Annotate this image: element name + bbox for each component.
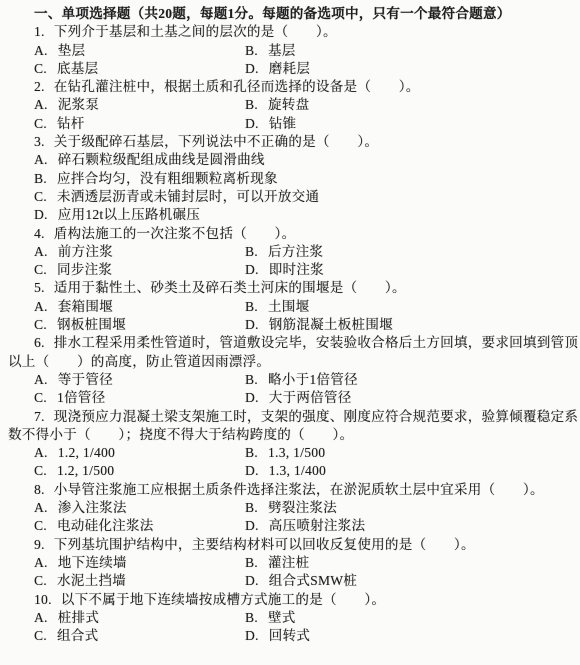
question-stem-text: 以上（ ）的高度，防止管道因雨漂浮。 <box>8 354 270 369</box>
option: A.套箱围堰 <box>34 298 245 316</box>
option-row: C.底基层D.磨耗层 <box>0 60 580 78</box>
option-label: A. <box>34 243 48 261</box>
option-text: 组合式SMW桩 <box>269 573 357 588</box>
option-label: B. <box>245 499 258 517</box>
question-stem-text: 下列介于基层和土基之间的层次的是（ ）。 <box>54 24 337 39</box>
option-label: C. <box>34 316 47 334</box>
option: C.组合式 <box>34 627 245 645</box>
option: A.等于管径 <box>34 371 245 389</box>
option-text: 土围堰 <box>268 299 309 314</box>
option-label: A. <box>34 554 48 572</box>
option: C.同步注浆 <box>34 261 245 279</box>
option: C.1倍管径 <box>34 389 245 407</box>
question-stem-line: 8.小导管注浆施工应根据土质条件选择注浆法，在淤泥质软土层中宜采用（ ）。 <box>0 481 580 499</box>
option-row: A.等于管径B.略小于1倍管径 <box>0 371 580 389</box>
option-text: 壁式 <box>268 610 296 625</box>
option-label: A. <box>34 444 48 462</box>
option-label: C. <box>34 627 47 645</box>
option: A.渗入注浆法 <box>34 499 245 517</box>
option: C.底基层 <box>34 60 245 78</box>
question-number: 4. <box>34 225 45 243</box>
question-stem-line: 9.下列基坑围护结构中，主要结构材料可以回收反复使用的是（ ）。 <box>0 536 580 554</box>
option-label: B. <box>245 243 258 261</box>
question-block: 7.现浇预应力混凝土梁支架施工时，支架的强度、刚度应符合规范要求，验算倾覆稳定系… <box>0 408 580 481</box>
option-text: 1.3, 1/500 <box>268 445 325 460</box>
option-label: C. <box>34 60 47 78</box>
question-block: 3.关于级配碎石基层，下列说法中不正确的是（ ）。A.碎石颗粒级配组成曲线是圆滑… <box>0 133 580 224</box>
option-label: D. <box>245 115 259 133</box>
option-label: D. <box>245 517 259 535</box>
question-block: 1.下列介于基层和土基之间的层次的是（ ）。A.垫层B.基层C.底基层D.磨耗层 <box>0 23 580 78</box>
option-text: 1.3, 1/400 <box>269 463 326 478</box>
question-block: 6.排水工程采用柔性管道时，管道敷设完毕，安装验收合格后土方回填，要求回填到管顶… <box>0 334 580 407</box>
question-block: 9.下列基坑围护结构中，主要结构材料可以回收反复使用的是（ ）。A.地下连续墙B… <box>0 536 580 591</box>
option-text: 高压喷射注浆法 <box>269 518 366 533</box>
option-text: 劈裂注浆法 <box>268 500 337 515</box>
option-text: 渗入注浆法 <box>58 500 127 515</box>
option-label: A. <box>34 499 48 517</box>
option-row: C.电动硅化注浆法D.高压喷射注浆法 <box>0 517 580 535</box>
option-row: C.钢板桩围堰D.钢筋混凝土板桩围堰 <box>0 316 580 334</box>
option-label: C. <box>34 261 47 279</box>
question-list: 1.下列介于基层和土基之间的层次的是（ ）。A.垫层B.基层C.底基层D.磨耗层… <box>0 23 580 645</box>
option-label: B. <box>245 609 258 627</box>
option: D.钻锥 <box>245 115 296 133</box>
option-label: C. <box>34 188 47 206</box>
question-stem-line: 7.现浇预应力混凝土梁支架施工时，支架的强度、刚度应符合规范要求，验算倾覆稳定系 <box>0 408 580 426</box>
option-label: D. <box>245 316 259 334</box>
question-stem-text: 下列基坑围护结构中，主要结构材料可以回收反复使用的是（ ）。 <box>54 537 475 552</box>
option: A.泥浆泵 <box>34 96 245 114</box>
question-stem-line: 4.盾构法施工的一次注浆不包括（ ）。 <box>0 225 580 243</box>
option: A.前方注浆 <box>34 243 245 261</box>
question-stem-text: 关于级配碎石基层，下列说法中不正确的是（ ）。 <box>54 134 378 149</box>
question-number: 3. <box>34 133 45 151</box>
question-stem-line: 2.在钻孔灌注桩中，根据土质和孔径而选择的设备是（ ）。 <box>0 78 580 96</box>
option: B.旋转盘 <box>245 96 309 114</box>
option-label: B. <box>34 170 47 188</box>
option-row: C.1倍管径D.大于两倍管径 <box>0 389 580 407</box>
option-text: 基层 <box>268 43 296 58</box>
option-label: D. <box>245 389 259 407</box>
option-text: 磨耗层 <box>269 61 310 76</box>
option-label: B. <box>245 444 258 462</box>
option: B.后方注浆 <box>245 243 323 261</box>
question-stem-line: 10.以下不属于地下连续墙按成槽方式施工的是（ ）。 <box>0 591 580 609</box>
option: D.组合式SMW桩 <box>245 572 357 590</box>
option-text: 1.2, 1/400 <box>58 445 115 460</box>
option: A.垫层 <box>34 42 245 60</box>
question-stem-line: 以上（ ）的高度，防止管道因雨漂浮。 <box>0 353 580 371</box>
option-text: 灌注桩 <box>268 555 309 570</box>
question-number: 1. <box>34 23 45 41</box>
question-stem-text: 数不得小于（ ）；挠度不得大于结构跨度的（ ）。 <box>8 427 353 442</box>
question-number: 9. <box>34 536 45 554</box>
option-text: 地下连续墙 <box>58 555 127 570</box>
question-block: 10.以下不属于地下连续墙按成槽方式施工的是（ ）。A.桩排式B.壁式C.组合式… <box>0 591 580 646</box>
option: A.1.2, 1/400 <box>34 444 245 462</box>
option-row: C.组合式D.回转式 <box>0 627 580 645</box>
option-text: 同步注浆 <box>57 262 112 277</box>
option: C.钻杆 <box>34 115 245 133</box>
question-stem-text: 排水工程采用柔性管道时，管道敷设完毕，安装验收合格后土方回填，要求回填到管顶 <box>54 335 578 350</box>
question-stem-text: 小导管注浆施工应根据土质条件选择注浆法，在淤泥质软土层中宜采用（ ）。 <box>54 482 544 497</box>
option-row: A.泥浆泵B.旋转盘 <box>0 96 580 114</box>
option-text: 前方注浆 <box>58 244 113 259</box>
option-label: A. <box>34 42 48 60</box>
option: D.高压喷射注浆法 <box>245 517 365 535</box>
option-label: A. <box>34 151 48 169</box>
option-text: 回转式 <box>269 628 310 643</box>
option: C.钢板桩围堰 <box>34 316 245 334</box>
option-text: 底基层 <box>57 61 98 76</box>
option-label: C. <box>34 572 47 590</box>
option-text: 略小于1倍管径 <box>268 372 358 387</box>
option-text: 钻锥 <box>269 116 297 131</box>
option-row: C.同步注浆D.即时注浆 <box>0 261 580 279</box>
question-stem-text: 以下不属于地下连续墙按成槽方式施工的是（ ）。 <box>61 592 385 607</box>
option-label: D. <box>245 261 259 279</box>
option-label: B. <box>245 298 258 316</box>
question-number: 2. <box>34 78 45 96</box>
option: B.土围堰 <box>245 298 309 316</box>
question-block: 8.小导管注浆施工应根据土质条件选择注浆法，在淤泥质软土层中宜采用（ ）。A.渗… <box>0 481 580 536</box>
option-label: B. <box>245 554 258 572</box>
option-label: A. <box>34 298 48 316</box>
option: B.灌注桩 <box>245 554 309 572</box>
question-block: 4.盾构法施工的一次注浆不包括（ ）。A.前方注浆B.后方注浆C.同步注浆D.即… <box>0 225 580 280</box>
question-number: 7. <box>34 408 45 426</box>
question-stem-line: 5.适用于黏性土、砂类土及碎石类土河床的围堰是（ ）。 <box>0 279 580 297</box>
option-text: 应拌合均匀，没有粗细颗粒离析现象 <box>57 171 278 186</box>
option-label: D. <box>34 206 48 224</box>
option-row: C.钻杆D.钻锥 <box>0 115 580 133</box>
option-label: D. <box>245 462 259 480</box>
option-label: B. <box>245 42 258 60</box>
question-block: 2.在钻孔灌注桩中，根据土质和孔径而选择的设备是（ ）。A.泥浆泵B.旋转盘C.… <box>0 78 580 133</box>
option-label: C. <box>34 517 47 535</box>
option-text: 水泥土挡墙 <box>57 573 126 588</box>
option-label: B. <box>245 371 258 389</box>
question-stem-line: 数不得小于（ ）；挠度不得大于结构跨度的（ ）。 <box>0 426 580 444</box>
option-text: 即时注浆 <box>269 262 324 277</box>
option-text: 未洒透层沥青或未铺封层时，可以开放交通 <box>57 189 319 204</box>
option-text: 旋转盘 <box>268 97 309 112</box>
option: C.1.2, 1/500 <box>34 462 245 480</box>
exam-page: 一、单项选择题（共20题，每题1分。每题的备选项中，只有一个最符合题意） 1.下… <box>0 0 580 665</box>
option-label: C. <box>34 115 47 133</box>
option: D.钢筋混凝土板桩围堰 <box>245 316 393 334</box>
question-stem-line: 1.下列介于基层和土基之间的层次的是（ ）。 <box>0 23 580 41</box>
option-text: 垫层 <box>58 43 86 58</box>
option: D.磨耗层 <box>245 60 310 78</box>
option-label: D. <box>245 60 259 78</box>
question-stem-line: 3.关于级配碎石基层，下列说法中不正确的是（ ）。 <box>0 133 580 151</box>
option-label: C. <box>34 389 47 407</box>
question-stem-text: 在钻孔灌注桩中，根据土质和孔径而选择的设备是（ ）。 <box>54 79 420 94</box>
option-text: 后方注浆 <box>268 244 323 259</box>
option-label: A. <box>34 609 48 627</box>
option-label: B. <box>245 96 258 114</box>
option-label: D. <box>245 627 259 645</box>
option: C.未洒透层沥青或未铺封层时，可以开放交通 <box>0 188 580 206</box>
question-stem-text: 现浇预应力混凝土梁支架施工时，支架的强度、刚度应符合规范要求，验算倾覆稳定系 <box>54 409 578 424</box>
question-stem-text: 适用于黏性土、砂类土及碎石类土河床的围堰是（ ）。 <box>54 280 406 295</box>
option: A.桩排式 <box>34 609 245 627</box>
question-number: 5. <box>34 279 45 297</box>
option: C.水泥土挡墙 <box>34 572 245 590</box>
option-row: A.套箱围堰B.土围堰 <box>0 298 580 316</box>
option: D.即时注浆 <box>245 261 324 279</box>
option-row: A.桩排式B.壁式 <box>0 609 580 627</box>
option: B.应拌合均匀，没有粗细颗粒离析现象 <box>0 170 580 188</box>
option: D.1.3, 1/400 <box>245 462 326 480</box>
option: D.回转式 <box>245 627 310 645</box>
option: D.应用12t以上压路机碾压 <box>0 206 580 224</box>
option-text: 大于两倍管径 <box>269 390 352 405</box>
option-label: C. <box>34 462 47 480</box>
section-heading: 一、单项选择题（共20题，每题1分。每题的备选项中，只有一个最符合题意） <box>0 5 580 23</box>
option-label: A. <box>34 371 48 389</box>
option-row: A.渗入注浆法B.劈裂注浆法 <box>0 499 580 517</box>
option: B.略小于1倍管径 <box>245 371 358 389</box>
option-text: 碎石颗粒级配组成曲线是圆滑曲线 <box>58 152 265 167</box>
option-label: A. <box>34 96 48 114</box>
option-text: 桩排式 <box>58 610 99 625</box>
option: B.1.3, 1/500 <box>245 444 325 462</box>
option-row: A.垫层B.基层 <box>0 42 580 60</box>
option-text: 应用12t以上压路机碾压 <box>58 207 200 222</box>
option-text: 组合式 <box>57 628 98 643</box>
option: B.壁式 <box>245 609 296 627</box>
option-text: 套箱围堰 <box>58 299 113 314</box>
option-row: C.水泥土挡墙D.组合式SMW桩 <box>0 572 580 590</box>
option-text: 泥浆泵 <box>58 97 99 112</box>
question-number: 10. <box>34 591 52 609</box>
option-row: A.地下连续墙B.灌注桩 <box>0 554 580 572</box>
option-text: 电动硅化注浆法 <box>57 518 154 533</box>
option: B.基层 <box>245 42 296 60</box>
question-stem-line: 6.排水工程采用柔性管道时，管道敷设完毕，安装验收合格后土方回填，要求回填到管顶 <box>0 334 580 352</box>
option: C.电动硅化注浆法 <box>34 517 245 535</box>
question-block: 5.适用于黏性土、砂类土及碎石类土河床的围堰是（ ）。A.套箱围堰B.土围堰C.… <box>0 279 580 334</box>
option-text: 钢板桩围堰 <box>57 317 126 332</box>
option: D.大于两倍管径 <box>245 389 352 407</box>
option-row: A.前方注浆B.后方注浆 <box>0 243 580 261</box>
option-text: 1.2, 1/500 <box>57 463 114 478</box>
option: A.碎石颗粒级配组成曲线是圆滑曲线 <box>0 151 580 169</box>
question-number: 8. <box>34 481 45 499</box>
option-row: C.1.2, 1/500D.1.3, 1/400 <box>0 462 580 480</box>
option: A.地下连续墙 <box>34 554 245 572</box>
option-text: 钻杆 <box>57 116 85 131</box>
option-text: 等于管径 <box>58 372 113 387</box>
option-label: D. <box>245 572 259 590</box>
option-row: A.1.2, 1/400B.1.3, 1/500 <box>0 444 580 462</box>
question-stem-text: 盾构法施工的一次注浆不包括（ ）。 <box>54 226 296 241</box>
option-text: 1倍管径 <box>57 390 105 405</box>
option: B.劈裂注浆法 <box>245 499 337 517</box>
option-text: 钢筋混凝土板桩围堰 <box>269 317 393 332</box>
question-number: 6. <box>34 334 45 352</box>
